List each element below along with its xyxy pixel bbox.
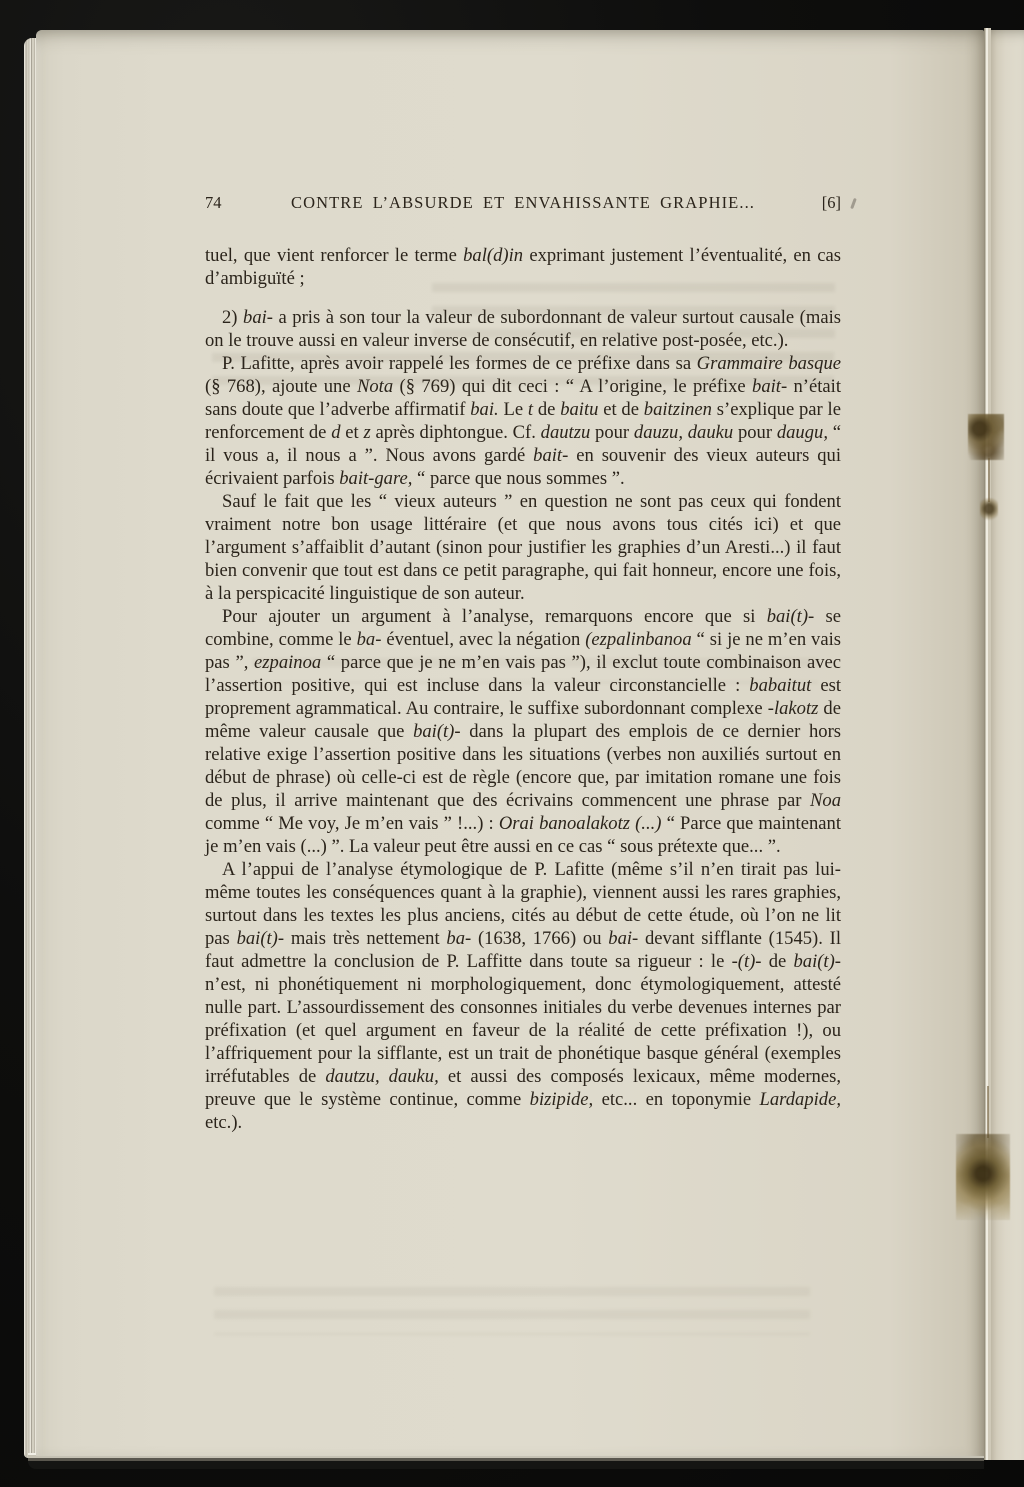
page-body: tuel, que vient renforcer le terme bal(d…: [205, 244, 841, 1134]
paragraph-2: 2) bai- a pris à son tour la valeur de s…: [205, 306, 841, 352]
next-page-edge: [991, 30, 1024, 1460]
foxing-stain-large: [956, 1134, 1010, 1220]
issue-marker: [6]: [781, 193, 841, 213]
paragraph-4: Sauf le fait que les “ vieux auteurs ” e…: [205, 490, 841, 605]
page-gutter: [984, 28, 991, 1460]
paragraph-3: P. Lafitte, après avoir rappelé les form…: [205, 352, 841, 490]
paragraph-6: A l’appui de l’analyse étymologique de P…: [205, 858, 841, 1134]
page-header: 74 CONTRE L’ABSURDE ET ENVAHISSANTE GRAP…: [205, 193, 841, 213]
gutter-crease-lower: [987, 1086, 989, 1138]
paragraph-1: tuel, que vient renforcer le terme bal(d…: [205, 244, 841, 290]
ink-bleed-through: [214, 1287, 810, 1335]
page-number: 74: [205, 193, 265, 213]
foxing-stain-small: [980, 498, 998, 522]
running-title: CONTRE L’ABSURDE ET ENVAHISSANTE GRAPHIE…: [265, 193, 781, 213]
gutter-crease-upper: [988, 458, 990, 502]
paragraph-5: Pour ajouter un argument à l’analyse, re…: [205, 605, 841, 858]
foxing-stain-top: [968, 414, 1004, 460]
